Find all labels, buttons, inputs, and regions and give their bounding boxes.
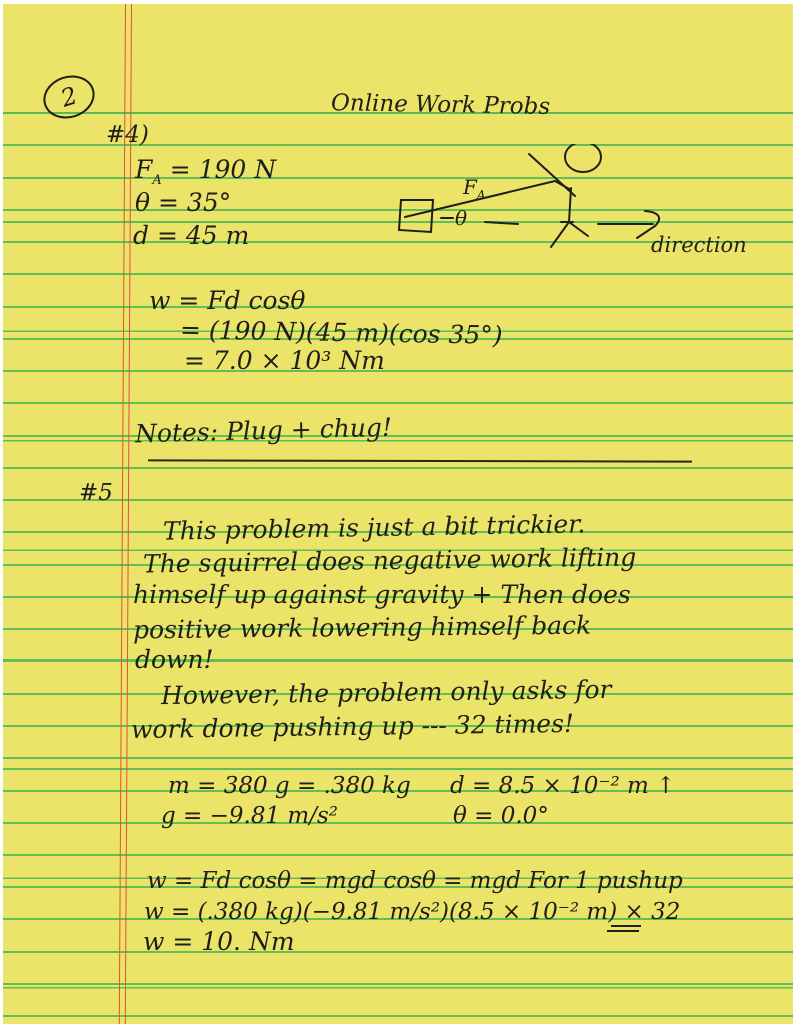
work-result: = 7.0 × 10³ Nm [184,348,385,373]
ruled-line [3,306,793,308]
given-distance: d = 45 m [133,223,249,248]
given-force: FA = 190 N [135,157,276,187]
direction-label: direction [651,233,747,257]
explanation-line: However, the problem only asks for [161,677,612,708]
ruled-line [3,273,793,275]
ruled-line [3,370,793,372]
explanation-line: work done pushing up --- 32 times! [131,711,574,742]
ruled-line [3,854,793,856]
problem-5-label: #5 [79,482,113,505]
work-substitution: = (190 N)(45 m)(cos 35°) [180,317,503,348]
explanation-line: himself up against gravity + Then does [133,582,631,607]
margin-line-right [125,4,133,1024]
ruled-line [3,402,793,404]
box-icon [399,200,433,232]
solution-formula: w = Fd cosθ = mgd cosθ = mgd For 1 pushu… [147,870,683,893]
explanation-line: down! [135,647,214,672]
ruled-line [3,1015,793,1017]
solution-result: w = 10. Nm [143,929,295,954]
angle-label: θ [455,206,467,230]
given-gravity: g = −9.81 m/s² [161,805,338,828]
problem-4-notes: Notes: Plug + chug! [135,415,393,447]
section-divider [148,459,692,462]
force-label: FA [462,175,486,202]
person-head-icon [565,144,601,172]
given-mass: m = 380 g = .380 kg [168,775,411,798]
explanation-line: The squirrel does negative work lifting [143,545,637,577]
force-diagram: FA θ direction [393,144,783,264]
ruled-line [3,951,793,953]
page-title: Online Work Probs [331,92,551,119]
explanation-line: positive work lowering himself back [133,613,591,643]
work-formula: w = Fd cosθ [149,288,305,313]
ruled-line [3,822,793,824]
page-number-circle: 2 [38,69,100,125]
problem-4-label: #4) [106,124,149,147]
legal-pad-page: 2 Online Work Probs #4) FA = 190 N θ = 3… [3,4,793,1024]
ruled-line [3,983,793,985]
given-angle: θ = 35° [135,190,231,215]
underline-32 [607,930,639,932]
solution-substitution: w = (.380 kg)(−9.81 m/s²)(8.5 × 10⁻² m) … [144,901,680,924]
underline-32 [611,925,641,927]
given-displacement: d = 8.5 × 10⁻² m ↑ [450,775,675,798]
given-angle-5: θ = 0.0° [453,805,549,828]
explanation-line: This problem is just a bit trickier. [163,511,586,543]
